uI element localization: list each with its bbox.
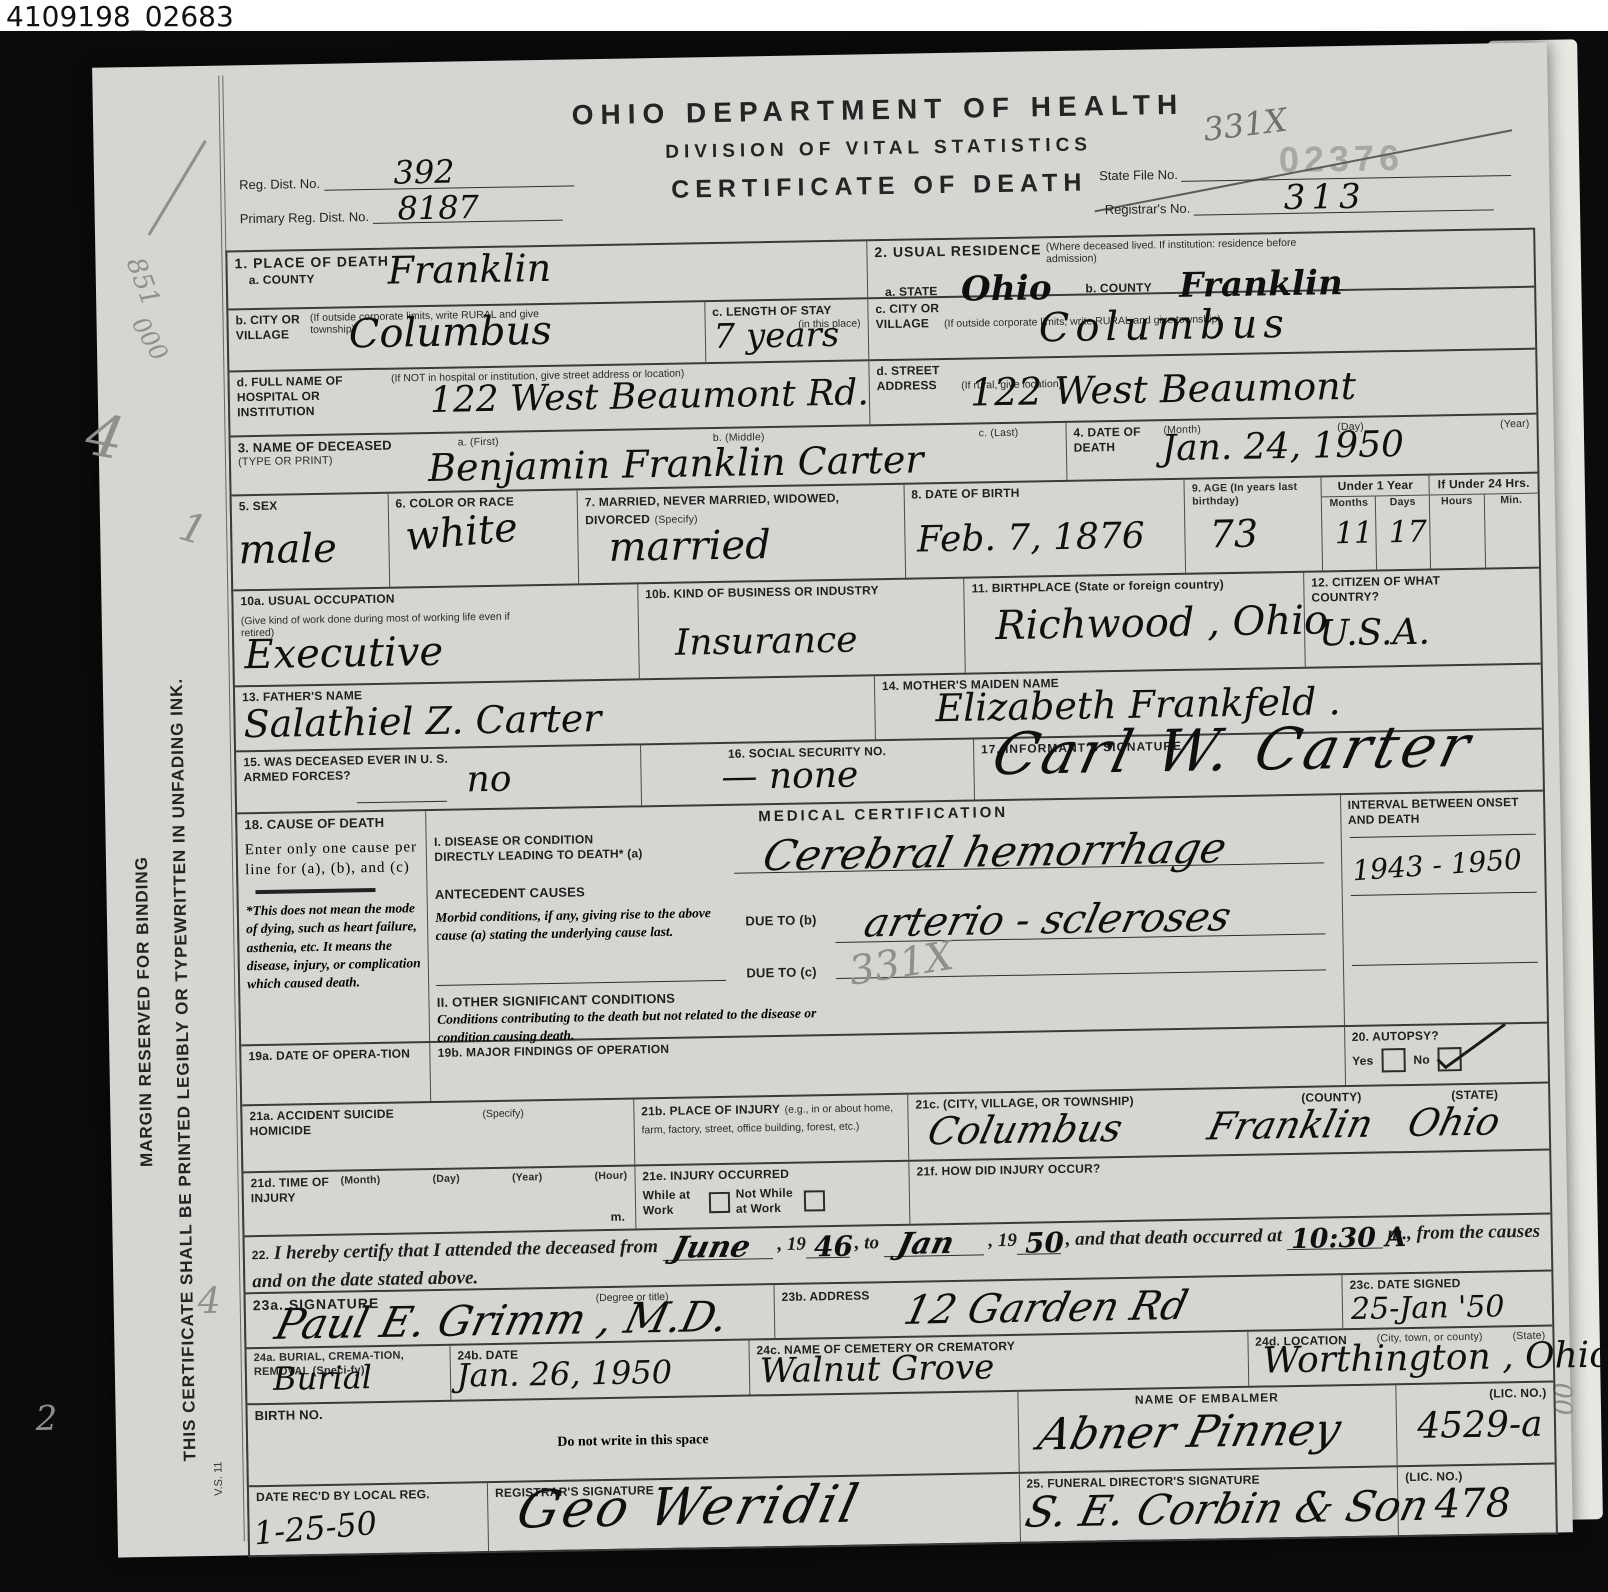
field-usual-residence: 2. USUAL RESIDENCE (Where deceased lived… xyxy=(867,230,1534,298)
burial-date-value: Jan. 26, 1950 xyxy=(456,1356,672,1392)
field-interval: INTERVAL BETWEEN ONSET AND DEATH 1943 - … xyxy=(1341,792,1547,1025)
while-at-work-label: While at Work xyxy=(643,1187,704,1218)
injury-city-value: Columbus xyxy=(924,1109,1126,1151)
field-injury-location: 21c. (CITY, VILLAGE, OR TOWNSHIP) (COUNT… xyxy=(908,1084,1549,1160)
last-name-label: c. (Last) xyxy=(979,427,1019,441)
field-cause-of-death: 18. CAUSE OF DEATH Enter only one cause … xyxy=(237,811,430,1044)
form-number: V.S. 11 xyxy=(212,1426,225,1496)
scan-header-strip: 4109198_02683 xyxy=(0,0,1608,31)
citizen-label: 12. CITIZEN OF WHAT COUNTRY? xyxy=(1311,573,1452,605)
min-label: Min. xyxy=(1484,494,1538,508)
residence-state-label: a. STATE xyxy=(885,284,938,299)
field-citizen: 12. CITIZEN OF WHAT COUNTRY? U.S.A. xyxy=(1304,569,1541,667)
age-label: 9. AGE (In years last birthday) xyxy=(1192,481,1315,509)
age-months-col: Months 11 xyxy=(1322,496,1377,570)
injury-state-value: Ohio xyxy=(1404,1102,1503,1142)
hours-label: Hours xyxy=(1430,495,1484,509)
field-accident-suicide-homicide: 21a. ACCIDENT SUICIDE HOMICIDE (Specify) xyxy=(242,1100,635,1172)
certificate-form: 1. PLACE OF DEATH a. COUNTY Franklin 2. … xyxy=(225,228,1558,1558)
cause-of-death-label: 18. CAUSE OF DEATH xyxy=(244,814,419,833)
disease-value: Cerebral hemorrhage xyxy=(759,827,1230,877)
occupation-label: 10a. USUAL OCCUPATION xyxy=(240,587,630,609)
registrar-no-label: Registrar's No. xyxy=(1105,201,1191,217)
marital-label: 7. MARRIED, NEVER MARRIED, WIDOWED, DIVO… xyxy=(585,491,840,527)
field-birth-no: BIRTH NO. Do not write in this space xyxy=(247,1392,1019,1485)
residence-county-label: b. COUNTY xyxy=(1085,280,1151,295)
field-residence-street: d. STREET ADDRESS (If rural, give locati… xyxy=(869,350,1536,425)
certify-to-value: Jan xyxy=(894,1228,956,1259)
state-file-label: State File No. xyxy=(1099,167,1178,183)
margin-binding-text: MARGIN RESERVED FOR BINDING xyxy=(130,767,157,1167)
age-hours-col: Hours xyxy=(1430,495,1486,569)
industry-value: Insurance xyxy=(675,623,858,662)
injury-year-label: (Year) xyxy=(512,1171,543,1202)
cemetery-value: Walnut Grove xyxy=(759,1350,994,1388)
due-to-c-leftline xyxy=(437,980,727,986)
field-burial: 24a. BURIAL, CREMA-TION, REMOVAL (Speci-… xyxy=(246,1346,451,1404)
physician-signature-value: Paul E. Grimm , M.D. xyxy=(271,1296,732,1346)
injury-day-label: (Day) xyxy=(433,1173,461,1203)
informant-signature-value: Carl W. Carter xyxy=(987,717,1478,784)
certify-number: 22. xyxy=(252,1248,270,1262)
date-of-death-label: 4. DATE OF DEATH xyxy=(1073,424,1164,456)
reg-dist-label: Reg. Dist. No. xyxy=(239,176,320,192)
field-date-signed: 23c. DATE SIGNED 25-Jan '50 xyxy=(1342,1272,1552,1329)
age-min-col: Min. xyxy=(1484,494,1539,568)
death-city-label: b. CITY OR VILLAGE xyxy=(235,312,306,343)
residence-label: 2. USUAL RESIDENCE xyxy=(874,241,1041,260)
length-of-stay-value: 7 years xyxy=(713,318,839,354)
pencil-slash xyxy=(148,140,207,236)
funeral-director-value: S. E. Corbin & Son xyxy=(1021,1485,1432,1534)
cause-instruction-1: Enter only one cause per line for (a), (… xyxy=(245,838,420,880)
under-1-year-cols: Months 11 Days 17 xyxy=(1322,496,1430,571)
deceased-name-value: Benjamin Franklin Carter xyxy=(428,440,924,487)
certify-year2-prefix: , 19 xyxy=(988,1230,1017,1251)
injury-occurred-label: 21e. INJURY OCCURRED xyxy=(642,1165,901,1185)
autopsy-yes-checkbox xyxy=(1381,1048,1405,1072)
field-informant-signature: 17. INFORMANT'S SIGNATURE Carl W. Carter xyxy=(974,730,1543,800)
ssn-value: — none xyxy=(721,758,858,796)
interval-value: 1943 - 1950 xyxy=(1351,846,1522,886)
age-value: 73 xyxy=(1209,515,1258,554)
field-ssn: 16. SOCIAL SECURITY NO. — none xyxy=(641,740,975,806)
time-of-injury-inner: 21d. TIME OF INJURY (Month) (Day) (Year)… xyxy=(250,1170,627,1207)
embalmer-lic-label: (LIC. NO.) xyxy=(1404,1386,1547,1403)
date-signed-value: 25-Jan '50 xyxy=(1351,1292,1505,1325)
industry-label: 10b. KIND OF BUSINESS OR INDUSTRY xyxy=(645,583,885,602)
not-while-at-work-label: Not While at Work xyxy=(736,1186,799,1217)
field-cemetery-location: 24d. LOCATION (City, town, or county) (S… xyxy=(1248,1327,1553,1386)
months-label: Months xyxy=(1322,496,1375,510)
interval-line-3 xyxy=(1352,962,1538,966)
field-date-received: DATE REC'D BY LOCAL REG. 1-25-50 xyxy=(249,1483,489,1555)
field-armed-forces: 15. WAS DECEASED EVER IN U. S. ARMED FOR… xyxy=(236,745,642,812)
field-cemetery: 24c. NAME OF CEMETERY OR CREMATORY Walnu… xyxy=(749,1332,1249,1395)
under-24-cols: Hours Min. xyxy=(1430,494,1539,569)
occupation-value: Executive xyxy=(244,632,443,675)
place-of-injury-label: 21b. PLACE OF INJURY xyxy=(641,1102,780,1118)
margin-legibility-text: THIS CERTIFICATE SHALL BE PRINTED LEGIBL… xyxy=(161,331,201,1461)
autopsy-no-label: No xyxy=(1413,1052,1430,1067)
primary-reg-dist-label: Primary Reg. Dist. No. xyxy=(240,209,370,226)
funeral-lic-value: 478 xyxy=(1434,1483,1511,1524)
morbid-note: Morbid conditions, if any, giving rise t… xyxy=(435,904,736,944)
armed-forces-label: 15. WAS DECEASED EVER IN U. S. ARMED FOR… xyxy=(243,751,463,785)
certify-year2-value: 50 xyxy=(1025,1229,1064,1258)
certify-text-1: I hereby certify that I attended the dec… xyxy=(274,1236,658,1264)
field-under-24-hrs: If Under 24 Hrs. Hours Min. xyxy=(1430,474,1539,569)
scanned-death-certificate: 4109198_02683 MARGIN RESERVED FOR BINDIN… xyxy=(0,0,1608,1592)
hospital-label: d. FULL NAME OF HOSPITAL OR INSTITUTION xyxy=(236,373,387,421)
injury-meridiem-label: m. xyxy=(611,1210,626,1225)
due-to-b-label: DUE TO (b) xyxy=(745,912,816,929)
father-name-value: Salathiel Z. Carter xyxy=(243,699,601,743)
certify-time-value: 10:30 A xyxy=(1291,1224,1407,1253)
field-under-1-year: Under 1 Year Months 11 Days 17 xyxy=(1322,476,1431,571)
deceased-name-label-block: 3. NAME OF DECEASED (TYPE OR PRINT) xyxy=(238,437,419,491)
autopsy-no-checkmark xyxy=(1435,1020,1516,1071)
field-industry: 10b. KIND OF BUSINESS OR INDUSTRY Insura… xyxy=(638,579,966,679)
due-to-b-value: arterio - scleroses xyxy=(861,897,1235,944)
field-date-of-death: 4. DATE OF DEATH (Month) (Day) (Year) Ja… xyxy=(1066,415,1537,480)
residence-city-value: Columbus xyxy=(1038,304,1290,348)
certify-text-3: , and that death occurred at xyxy=(1066,1225,1283,1250)
certify-year1-prefix: , 19 xyxy=(777,1234,806,1255)
cause-divider xyxy=(255,888,375,894)
field-marital-status: 7. MARRIED, NEVER MARRIED, WIDOWED, DIVO… xyxy=(578,485,906,584)
date-received-value: 1-25-50 xyxy=(252,1507,378,1550)
field-funeral-lic: (LIC. NO.) 478 xyxy=(1398,1464,1556,1535)
cemetery-location-value: Worthington , Ohio xyxy=(1262,1338,1608,1380)
field-date-of-birth: 8. DATE OF BIRTH Feb. 7, 1876 xyxy=(904,480,1186,578)
registrar-no-value: 313 xyxy=(1283,180,1366,215)
scan-id-label: 4109198_02683 xyxy=(6,0,234,33)
pencil-mark: 851 xyxy=(120,253,166,310)
injury-month-label: (Month) xyxy=(340,1174,380,1205)
certify-text-2: , to xyxy=(855,1232,880,1253)
injury-occurred-options: While at Work Not While at Work xyxy=(643,1184,903,1219)
death-city-value: Columbus xyxy=(348,311,552,355)
date-of-death-value: Jan. 24, 1950 xyxy=(1161,427,1404,467)
street-label: d. STREET ADDRESS xyxy=(876,363,957,394)
autopsy-no-checkbox xyxy=(1438,1047,1462,1071)
pencil-mark: 4 xyxy=(197,1281,221,1322)
pencil-mark: 4 xyxy=(80,400,129,474)
deceased-name-note: (TYPE OR PRINT) xyxy=(238,453,418,470)
due-to-c-label: DUE TO (c) xyxy=(746,964,817,981)
days-value: 17 xyxy=(1389,518,1428,549)
field-registrar-signature: REGISTRAR'S SIGNATURE Geo Weridil xyxy=(488,1474,1021,1551)
field-hospital: d. FULL NAME OF HOSPITAL OR INSTITUTION … xyxy=(229,361,870,435)
field-operation-date: 19a. DATE OF OPERA-TION xyxy=(241,1043,431,1104)
date-of-birth-value: Feb. 7, 1876 xyxy=(917,519,1145,559)
date-received-label: DATE REC'D BY LOCAL REG. xyxy=(256,1487,436,1505)
cause-instruction-2: *This does not mean the mode of dying, s… xyxy=(246,899,422,993)
street-value: 122 West Beaumont xyxy=(970,367,1357,412)
field-place-of-death: 1. PLACE OF DEATH a. COUNTY Franklin xyxy=(227,241,868,308)
autopsy-yes-label: Yes xyxy=(1352,1053,1374,1068)
time-of-injury-label: 21d. TIME OF INJURY xyxy=(250,1175,341,1207)
physician-address-label: 23b. ADDRESS xyxy=(781,1288,869,1304)
accident-label: 21a. ACCIDENT SUICIDE HOMICIDE xyxy=(249,1107,400,1140)
autopsy-options: Yes No xyxy=(1352,1046,1541,1073)
field-sex: 5. SEX male xyxy=(232,494,390,590)
field-embalmer-lic: (LIC. NO.) 4529-a xyxy=(1397,1383,1555,1466)
embalmer-value: Abner Pinney xyxy=(1034,1408,1345,1457)
under-1-year-label: Under 1 Year xyxy=(1322,476,1429,498)
deceased-name-entry: a. (First) b. (Middle) c. (Last) Benjami… xyxy=(418,426,1060,488)
field-how-injury-occurred: 21f. HOW DID INJURY OCCUR? xyxy=(909,1151,1550,1224)
sex-label: 5. SEX xyxy=(239,497,381,514)
under-24-hrs-label: If Under 24 Hrs. xyxy=(1430,474,1538,496)
certificate-paper: MARGIN RESERVED FOR BINDING THIS CERTIFI… xyxy=(92,42,1573,1557)
field-autopsy: 20. AUTOPSY? Yes No xyxy=(1345,1024,1548,1086)
injury-hour-label: (Hour) xyxy=(594,1170,627,1201)
race-value: white xyxy=(403,508,519,558)
sex-value: male xyxy=(238,529,337,571)
field-injury-occurred: 21e. INJURY OCCURRED While at Work Not W… xyxy=(635,1162,910,1229)
while-at-work-checkbox xyxy=(709,1191,730,1212)
registrar-no-blank: 313 xyxy=(1194,196,1494,215)
not-while-at-work-checkbox xyxy=(804,1190,825,1211)
field-age: 9. AGE (In years last birthday) 73 xyxy=(1185,477,1324,572)
field-burial-date: 24b. DATE Jan. 26, 1950 xyxy=(450,1341,750,1400)
do-not-write-note: Do not write in this space xyxy=(255,1427,1011,1456)
field-occupation: 10a. USUAL OCCUPATION (Give kind of work… xyxy=(233,584,639,685)
age-days-col: Days 17 xyxy=(1376,496,1430,570)
armed-forces-value: no xyxy=(466,762,511,799)
field-embalmer: NAME OF EMBALMER Abner Pinney xyxy=(1018,1385,1398,1472)
interval-line-1 xyxy=(1349,834,1535,838)
row-9: 18. CAUSE OF DEATH Enter only one cause … xyxy=(237,792,1547,1047)
primary-reg-dist-value: 8187 xyxy=(397,191,479,224)
citizen-value: U.S.A. xyxy=(1319,615,1430,653)
primary-reg-dist-blank: 8187 xyxy=(373,207,563,224)
accident-note: (Specify) xyxy=(482,1107,524,1120)
field-time-of-injury: 21d. TIME OF INJURY (Month) (Day) (Year)… xyxy=(243,1166,636,1235)
armed-forces-blank xyxy=(357,785,447,804)
birthplace-label: 11. BIRTHPLACE (State or foreign country… xyxy=(972,576,1297,597)
residence-city-label: c. CITY OR VILLAGE xyxy=(875,301,940,332)
year-col-label: (Year) xyxy=(1500,418,1530,449)
place-county-value: Franklin xyxy=(387,249,551,290)
injury-county-value: Franklin xyxy=(1204,1105,1376,1146)
hospital-value: 122 West Beaumont Rd. xyxy=(430,375,869,419)
field-death-city: b. CITY OR VILLAGE (If outside corporate… xyxy=(228,302,706,370)
birthplace-value: Richwood , Ohio xyxy=(995,600,1328,646)
field-medical-certification: MEDICAL CERTIFICATION I. DISEASE OR COND… xyxy=(426,795,1344,1041)
deceased-name-label: 3. NAME OF DECEASED xyxy=(238,437,418,456)
field-physician-address: 23b. ADDRESS 12 Garden Rd xyxy=(774,1275,1343,1338)
field-physician-signature: 23a. SIGNATURE (Degree or title) Paul E.… xyxy=(246,1285,776,1347)
field-residence-city: c. CITY OR VILLAGE (If outside corporate… xyxy=(868,288,1535,360)
burial-value: Burial xyxy=(273,1361,373,1395)
certify-year1-value: 46 xyxy=(814,1232,853,1261)
field-funeral-director: 25. FUNERAL DIRECTOR'S SIGNATURE S. E. C… xyxy=(1019,1467,1399,1542)
reg-dist-value: 392 xyxy=(393,156,455,189)
embalmer-lic-value: 4529-a xyxy=(1417,1407,1543,1445)
physician-address-value: 12 Garden Rd xyxy=(900,1286,1191,1331)
interval-label: INTERVAL BETWEEN ONSET AND DEATH xyxy=(1348,795,1537,828)
field-place-of-injury: 21b. PLACE OF INJURY (e.g., in or about … xyxy=(634,1095,909,1165)
pencil-mark: 2 xyxy=(35,1399,57,1439)
interval-line-2 xyxy=(1350,892,1536,896)
field-birthplace: 11. BIRTHPLACE (State or foreign country… xyxy=(965,573,1306,673)
time-of-injury-cols: (Month) (Day) (Year) (Hour) xyxy=(340,1170,627,1205)
date-of-birth-label: 8. DATE OF BIRTH xyxy=(911,483,1177,503)
months-value: 11 xyxy=(1335,519,1374,550)
days-label: Days xyxy=(1376,496,1429,510)
certify-from-value: June xyxy=(669,1232,753,1263)
field-race: 6. COLOR OR RACE white xyxy=(388,490,579,586)
registrar-signature-value: Geo Weridil xyxy=(512,1479,865,1537)
operation-date-label: 19a. DATE OF OPERA-TION xyxy=(248,1046,423,1064)
marital-value: married xyxy=(608,525,771,568)
field-length-of-stay: c. LENGTH OF STAY (in this place) 7 year… xyxy=(705,299,869,362)
field-father-name: 13. FATHER'S NAME Salathiel Z. Carter xyxy=(235,676,876,750)
